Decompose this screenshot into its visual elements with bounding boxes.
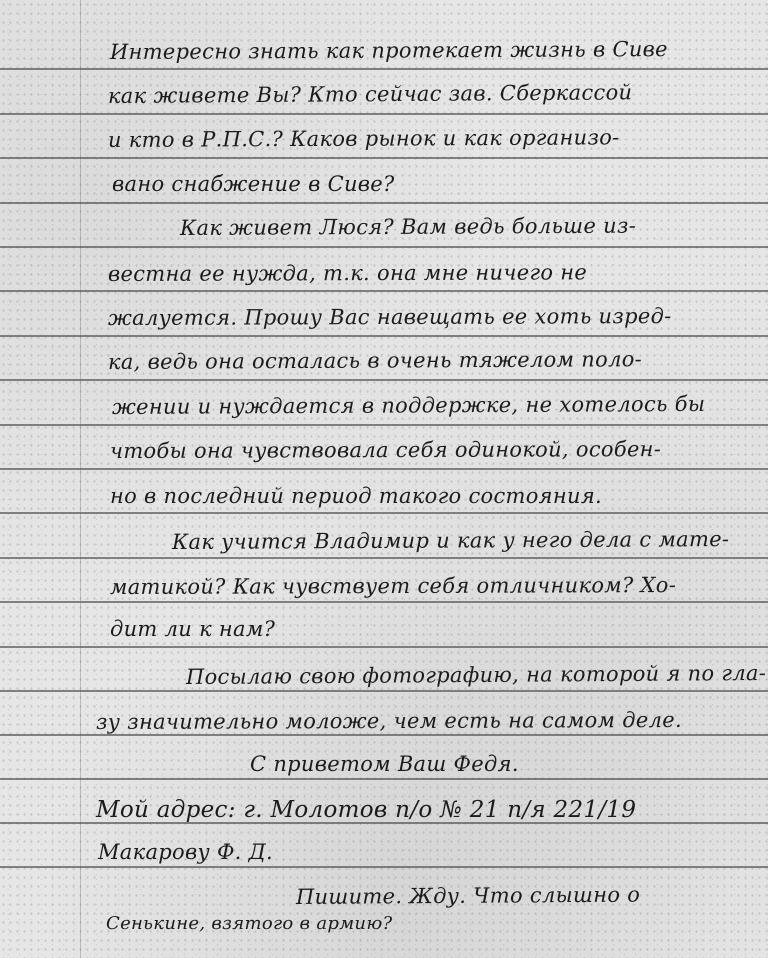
letter-line: вано снабжение в Сиве? (112, 172, 395, 196)
ruled-line (0, 246, 768, 248)
letter-line: Пишите. Жду. Что слышно о (296, 883, 640, 909)
letter-line: Макарову Ф. Д. (98, 840, 273, 864)
letter-line: жалуется. Прошу Вас навещать ее хоть изр… (108, 304, 672, 330)
letter-line: вестна ее нужда, т.к. она мне ничего не (108, 260, 587, 286)
letter-line: Мой адрес: г. Молотов п/о № 21 п/я 221/1… (96, 797, 636, 823)
letter-line: Как учится Владимир и как у него дела с … (172, 527, 729, 554)
letter-line: как живете Вы? Кто сейчас зав. Сберкассо… (108, 80, 633, 108)
ruled-line (0, 202, 768, 204)
letter-page: Интересно знать как протекает жизнь в Си… (0, 0, 768, 958)
paper-fold-line (80, 0, 81, 958)
ruled-line (0, 690, 768, 692)
letter-line: зу значительно моложе, чем есть на самом… (96, 708, 682, 734)
letter-line: и кто в Р.П.С.? Каков рынок и как органи… (108, 125, 620, 152)
ruled-line (0, 557, 768, 559)
ruled-line (0, 734, 768, 736)
ruled-line (0, 157, 768, 159)
ruled-line (0, 335, 768, 337)
letter-line: дит ли к нам? (110, 617, 275, 641)
letter-line: матикой? Как чувствует себя отличником? … (110, 573, 676, 599)
letter-line: жении и нуждается в поддержке, не хотело… (112, 392, 705, 419)
letter-line: ка, ведь она осталась в очень тяжелом по… (108, 347, 642, 374)
ruled-line (0, 424, 768, 426)
letter-line: Сенькине, взятого в армию? (106, 913, 392, 934)
letter-line: С приветом Ваш Федя. (250, 752, 519, 776)
letter-line: Посылаю свою фотографию, на которой я по… (186, 661, 766, 689)
ruled-line (0, 778, 768, 780)
ruled-line (0, 646, 768, 648)
ruled-line (0, 468, 768, 470)
ruled-line (0, 68, 768, 70)
letter-line: чтобы она чувствовала себя одинокой, осо… (110, 437, 661, 463)
ruled-line (0, 113, 768, 115)
ruled-line (0, 512, 768, 514)
ruled-line (0, 601, 768, 603)
letter-line: Интересно знать как протекает жизнь в Си… (110, 37, 668, 64)
letter-line: но в последний период такого состояния. (110, 484, 602, 508)
ruled-line (0, 290, 768, 292)
letter-line: Как живет Люся? Вам ведь больше из- (180, 214, 636, 240)
ruled-line (0, 866, 768, 868)
ruled-line (0, 379, 768, 381)
